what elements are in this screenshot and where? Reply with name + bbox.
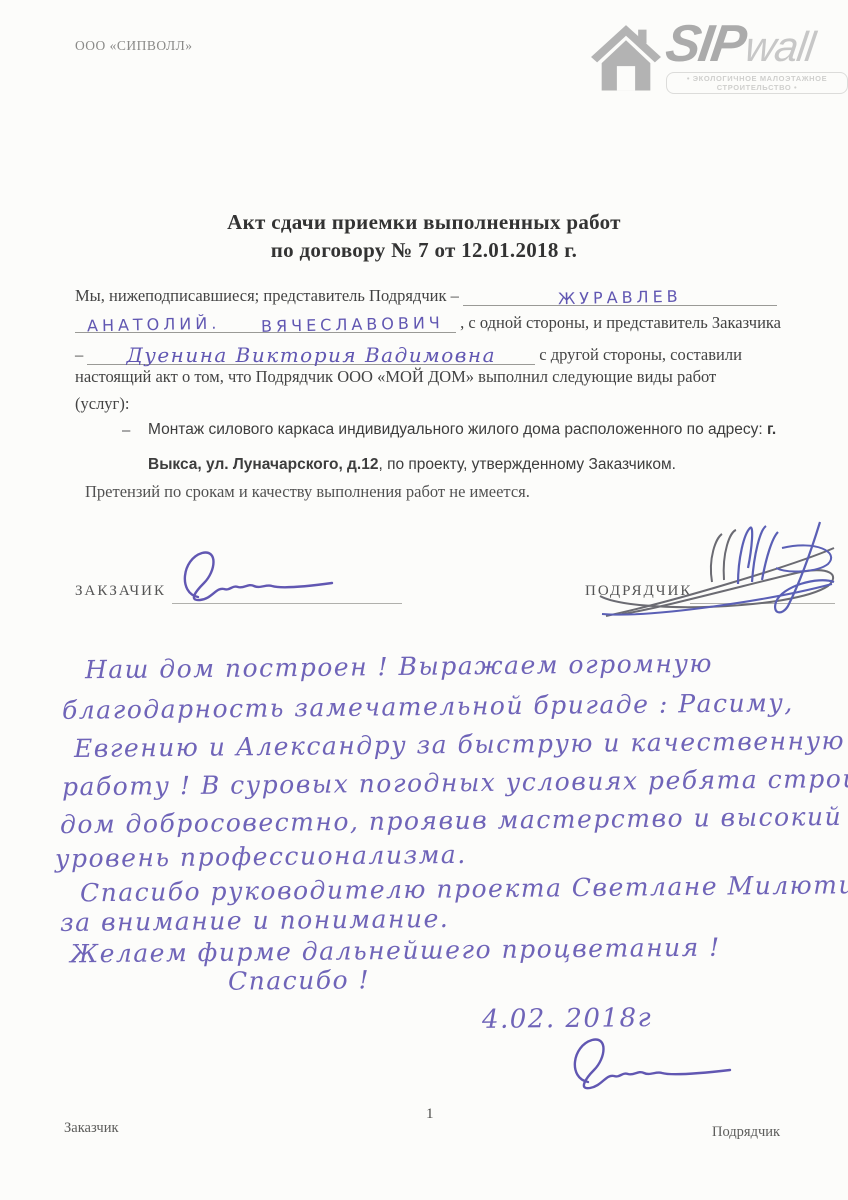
handwritten-contractor-lastname: ЖУРАВЛЕВ [558, 287, 682, 309]
review-line: дом добросовестно, проявив мастерство и … [60, 802, 842, 839]
after-contractor-text: , с одной стороны, и представитель Заказ… [460, 313, 781, 333]
review-line: Желаем фирме дальнейшего процветания ! [70, 933, 721, 969]
logo-tagline: • ЭКОЛОГИЧНОЕ МАЛОЭТАЖНОЕ СТРОИТЕЛЬСТВО … [666, 72, 848, 94]
contractor-firstname-blank: АНАТОЛИЙ. ВЯЧЕСЛАВОВИЧ [75, 313, 456, 333]
house-icon [588, 20, 664, 99]
logo-wall-text: wall [742, 23, 817, 71]
work-item-description: Монтаж силового каркаса индивидуального … [148, 421, 767, 438]
intro-text: Мы, нижеподписавшиеся; представитель Под… [75, 286, 459, 306]
review-line: Евгению и Александру за быструю и качест… [74, 726, 845, 763]
review-line: Спасибо ! [228, 965, 370, 995]
title-line-1: Акт сдачи приемки выполненных работ [0, 208, 848, 236]
review-line: благодарность замечательной бригаде : Ра… [62, 688, 794, 725]
sipwall-logo: SIP wall • ЭКОЛОГИЧНОЕ МАЛОЭТАЖНОЕ СТРОИ… [588, 20, 848, 99]
work-item-dash: – [122, 422, 130, 439]
scanned-act-document: ООО «СИПВОЛЛ» SIP wall • ЭКОЛОГИЧНОЕ МАЛ… [0, 0, 848, 1200]
footer-contractor: Подрядчик [712, 1124, 780, 1141]
paragraph-line-2: АНАТОЛИЙ. ВЯЧЕСЛАВОВИЧ , с одной стороны… [75, 313, 781, 333]
work-item-tail: , по проекту, утвержденному Заказчиком. [378, 456, 675, 473]
review-line: Спасибо руководителю проекта Светлане Ми… [80, 870, 848, 908]
customer-signature-label: ЗАКЗАЧИК [75, 583, 166, 600]
contractor-name-blank: ЖУРАВЛЕВ [463, 286, 777, 306]
handwritten-date: 4.02. 2018г [482, 1003, 653, 1035]
review-line: работу ! В суровых погодных условиях реб… [62, 764, 848, 802]
company-name: ООО «СИПВОЛЛ» [75, 38, 193, 54]
paragraph-line-5: (услуг): [75, 394, 781, 414]
after-customer-text: с другой стороны, составили [539, 345, 742, 365]
customer-name-blank: Дуенина Виктория Вадимовна [87, 340, 535, 365]
contractor-signature-ink [592, 518, 844, 628]
paragraph-line-1: Мы, нижеподписавшиеся; представитель Под… [75, 286, 781, 306]
body-text: настоящий акт о том, что Подрядчик ООО «… [75, 367, 716, 387]
footer-customer: Заказчик [64, 1120, 119, 1137]
document-title: Акт сдачи приемки выполненных работ по д… [0, 208, 848, 265]
paragraph-line-4: настоящий акт о том, что Подрядчик ООО «… [75, 367, 781, 387]
no-claims-statement: Претензий по срокам и качеству выполнени… [85, 482, 530, 502]
page-number: 1 [426, 1106, 434, 1123]
customer-signature-ink [160, 545, 370, 612]
handwritten-contractor-patronymic: ВЯЧЕСЛАВОВИЧ [261, 313, 444, 336]
paragraph-line-3: – Дуенина Виктория Вадимовна с другой ст… [75, 340, 781, 365]
handwritten-contractor-firstname: АНАТОЛИЙ. [87, 314, 221, 336]
body-text-uslug: (услуг): [75, 394, 129, 414]
handwritten-customer-name: Дуенина Виктория Вадимовна [126, 343, 496, 367]
review-line: уровень профессионализма. [55, 840, 467, 873]
review-line: за внимание и понимание. [60, 904, 450, 937]
work-item-text: Монтаж силового каркаса индивидуального … [148, 412, 790, 482]
review-line: Наш дом построен ! Выражаем огромную [85, 649, 713, 685]
logo-text-block: SIP wall • ЭКОЛОГИЧНОЕ МАЛОЭТАЖНОЕ СТРОИ… [666, 20, 848, 95]
closing-signature-ink [548, 1032, 768, 1101]
title-line-2: по договору № 7 от 12.01.2018 г. [0, 236, 848, 264]
logo-sip-text: SIP [663, 20, 748, 69]
dash-text: – [75, 345, 83, 365]
